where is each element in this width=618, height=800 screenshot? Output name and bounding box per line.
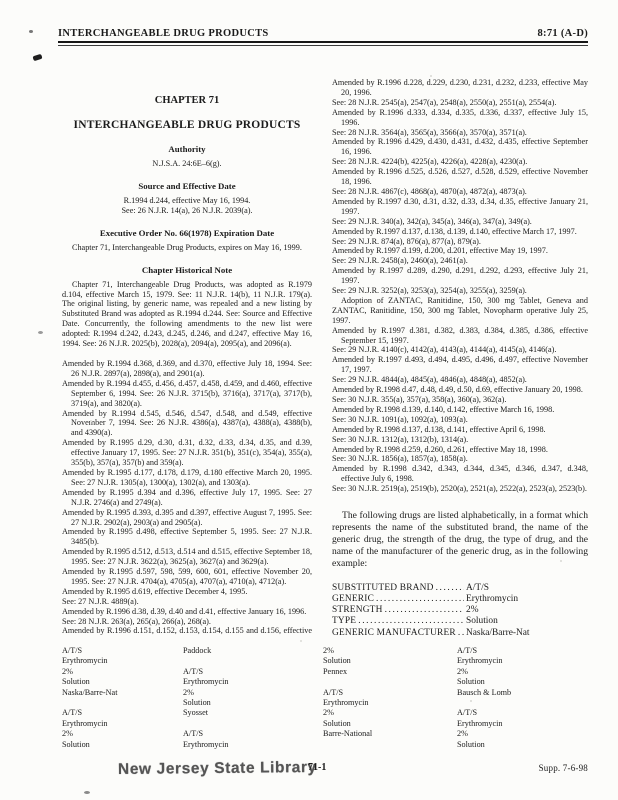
format-paragraph: The following drugs are listed alphabeti… bbox=[332, 510, 588, 570]
amendment-list-right-2: Amended by R.1997 d.381, d.382, d.383, d… bbox=[332, 326, 588, 494]
example-value: A/T/S bbox=[466, 583, 588, 594]
drug-line: A/T/S bbox=[62, 646, 183, 656]
amendment-entry: Amended by R.1996 d.228, d.229, d.230, d… bbox=[332, 78, 588, 98]
drug-line: Solution bbox=[457, 740, 588, 750]
page-footer: New Jersey State Library 71-1 Supp. 7-6-… bbox=[58, 758, 588, 800]
source-line: See: 26 N.J.R. 14(a), 26 N.J.R. 2039(a). bbox=[62, 206, 312, 216]
amendment-entry: Amended by R.1998 d.259, d.260, d.261, e… bbox=[332, 445, 588, 455]
amendment-entry: See: 28 N.J.R. 263(a), 265(a), 266(a), 2… bbox=[62, 617, 312, 627]
body-columns: CHAPTER 71 INTERCHANGEABLE DRUG PRODUCTS… bbox=[62, 78, 588, 636]
drug-line: Barre-National bbox=[323, 729, 457, 739]
example-label: STRENGTH bbox=[332, 605, 383, 616]
amendment-entry: Amended by R.1995 d.393, d.395 and d.397… bbox=[62, 508, 312, 528]
drug-line: 2% bbox=[62, 729, 183, 739]
adoption-note: Adoption of ZANTAC, Ranitidine, 150, 300… bbox=[332, 296, 588, 326]
drug-column-1: A/T/SErythromycin2%SolutionNaska/Barre-N… bbox=[62, 646, 183, 750]
amendment-entry: Amended by R.1996 d.429, d.430, d.431, d… bbox=[332, 137, 588, 157]
expiration-text: Chapter 71, Interchangeable Drug Product… bbox=[62, 243, 312, 253]
drug-column-2: PaddockA/T/SErythromycin2%SolutionSyosse… bbox=[183, 646, 323, 750]
drug-line: A/T/S bbox=[183, 667, 323, 677]
amendment-entry: See: 28 N.J.R. 2545(a), 2547(a), 2548(a)… bbox=[332, 98, 588, 108]
document-page: INTERCHANGEABLE DRUG PRODUCTS 8:71 (A-D)… bbox=[0, 0, 618, 800]
amendment-entry: Amended by R.1996 d.525, d.526, d.527, d… bbox=[332, 167, 588, 187]
amendment-entry: Amended by R.1997 d.381, d.382, d.383, d… bbox=[332, 326, 588, 346]
page-number: 71-1 bbox=[308, 762, 326, 773]
drug-line: Erythromycin bbox=[62, 656, 183, 666]
drug-column-4: A/T/SErythromycin2%SolutionBausch & Lomb… bbox=[457, 646, 588, 750]
amendment-entry: Amended by R.1998 d.47, d.48, d.49, d.50… bbox=[332, 385, 588, 395]
drug-line: A/T/S bbox=[457, 646, 588, 656]
column-left: CHAPTER 71 INTERCHANGEABLE DRUG PRODUCTS… bbox=[62, 78, 312, 636]
library-stamp: New Jersey State Library bbox=[118, 759, 317, 779]
amendment-list-right-1: Amended by R.1996 d.228, d.229, d.230, d… bbox=[332, 78, 588, 296]
amendment-entry: See: 30 N.J.R. 1312(a), 1312(b), 1314(a)… bbox=[332, 435, 588, 445]
drug-line bbox=[323, 677, 457, 687]
amendment-entry: Amended by R.1994 d.368, d.369, and d.37… bbox=[62, 359, 312, 379]
drug-line: Erythromycin bbox=[62, 719, 183, 729]
drug-line: Erythromycin bbox=[323, 698, 457, 708]
example-dot-leader bbox=[436, 583, 464, 594]
amendment-entry: See: 30 N.J.R. 355(a), 357(a), 358(a), 3… bbox=[332, 395, 588, 405]
amendment-entry: Amended by R.1998 d.139, d.140, d.142, e… bbox=[332, 405, 588, 415]
amendment-entry: Amended by R.1994 d.455, d.456, d.457, d… bbox=[62, 379, 312, 409]
format-example: SUBSTITUTED BRAND A/T/S GENERIC Erythrom… bbox=[332, 583, 588, 636]
drug-line: Syosset bbox=[183, 708, 323, 718]
amendment-entry: See: 29 N.J.R. 4140(c), 4142(a), 4143(a)… bbox=[332, 345, 588, 355]
example-row: STRENGTH 2% bbox=[332, 605, 588, 616]
amendment-entry: Amended by R.1995 d.597, 598, 599, 600, … bbox=[62, 567, 312, 587]
drug-line: Erythromycin bbox=[457, 719, 588, 729]
drug-line: Erythromycin bbox=[183, 740, 323, 750]
drug-line: Solution bbox=[62, 677, 183, 687]
drug-line: Solution bbox=[457, 677, 588, 687]
amendment-entry: See: 28 N.J.R. 3564(a), 3565(a), 3566(a)… bbox=[332, 128, 588, 138]
amendment-entry: Amended by R.1998 d.342, d.343, d.344, d… bbox=[332, 464, 588, 484]
scan-artifact bbox=[32, 54, 42, 62]
amendment-list-left: Amended by R.1994 d.368, d.369, and d.37… bbox=[62, 359, 312, 636]
amendment-entry: See: 29 N.J.R. 340(a), 342(a), 345(a), 3… bbox=[332, 217, 588, 227]
drug-line: 2% bbox=[183, 688, 323, 698]
header-section-code: 8:71 (A-D) bbox=[537, 28, 588, 39]
amendment-entry: See: 30 N.J.R. 1856(a), 1857(a), 1858(a)… bbox=[332, 454, 588, 464]
source-heading: Source and Effective Date bbox=[62, 182, 312, 192]
drug-line: Solution bbox=[62, 740, 183, 750]
amendment-entry: See: 28 N.J.R. 4224(b), 4225(a), 4226(a)… bbox=[332, 157, 588, 167]
example-label: GENERIC MANUFACTURER bbox=[332, 628, 456, 636]
authority-text: N.J.S.A. 24:6E–6(g). bbox=[62, 159, 312, 169]
scan-artifact bbox=[29, 30, 33, 33]
drug-line: Erythromycin bbox=[457, 656, 588, 666]
amendment-entry: Amended by R.1996 d.151, d.152, d.153, d… bbox=[62, 626, 312, 636]
header-title: INTERCHANGEABLE DRUG PRODUCTS bbox=[58, 28, 269, 39]
amendment-entry: Amended by R.1995 d.619, effective Decem… bbox=[62, 587, 312, 597]
amendment-entry: Amended by R.1996 d.333, d.334, d.335, d… bbox=[332, 108, 588, 128]
drug-line: 2% bbox=[457, 729, 588, 739]
example-row: GENERIC Erythromycin bbox=[332, 594, 588, 605]
amendment-entry: See: 29 N.J.R. 874(a), 876(a), 877(a), 8… bbox=[332, 237, 588, 247]
amendment-entry: See: 30 N.J.R. 1091(a), 1092(a), 1093(a)… bbox=[332, 415, 588, 425]
amendment-entry: Amended by R.1995 d.394 and d.396, effec… bbox=[62, 488, 312, 508]
scan-artifact bbox=[38, 331, 43, 334]
authority-heading: Authority bbox=[62, 145, 312, 155]
chapter-number: CHAPTER 71 bbox=[62, 96, 312, 106]
example-label: TYPE bbox=[332, 616, 356, 627]
source-lines: R.1994 d.244, effective May 16, 1994.See… bbox=[62, 196, 312, 216]
example-label: GENERIC bbox=[332, 594, 374, 605]
drug-line bbox=[62, 698, 183, 708]
amendment-entry: Amended by R.1995 d.29, d.30, d.31, d.32… bbox=[62, 438, 312, 468]
drug-line: 2% bbox=[323, 708, 457, 718]
chapter-title: INTERCHANGEABLE DRUG PRODUCTS bbox=[62, 121, 312, 131]
example-dot-leader bbox=[458, 628, 464, 636]
example-value: Solution bbox=[466, 616, 588, 627]
example-row: GENERIC MANUFACTURER Naska/Barre-Nat bbox=[332, 628, 588, 636]
page-header: INTERCHANGEABLE DRUG PRODUCTS 8:71 (A-D) bbox=[58, 28, 588, 39]
drug-line: 2% bbox=[323, 646, 457, 656]
example-dot-leader bbox=[376, 594, 464, 605]
amendment-entry: Amended by R.1994 d.545, d.546, d.547, d… bbox=[62, 409, 312, 439]
example-dot-leader bbox=[385, 605, 464, 616]
expiration-heading: Executive Order No. 66(1978) Expiration … bbox=[62, 229, 312, 239]
amendment-entry: See: 29 N.J.R. 3252(a), 3253(a), 3254(a)… bbox=[332, 286, 588, 296]
example-label: SUBSTITUTED BRAND bbox=[332, 583, 434, 594]
example-value: Naska/Barre-Nat bbox=[466, 628, 588, 636]
amendment-entry: See: 27 N.J.R. 4889(a). bbox=[62, 597, 312, 607]
drug-line: Bausch & Lomb bbox=[457, 688, 588, 698]
drug-listing: A/T/SErythromycin2%SolutionNaska/Barre-N… bbox=[62, 646, 588, 750]
drug-line: A/T/S bbox=[457, 708, 588, 718]
example-row: TYPE Solution bbox=[332, 616, 588, 627]
drug-column-3: 2%SolutionPennexA/T/SErythromycin2%Solut… bbox=[323, 646, 457, 750]
amendment-entry: Amended by R.1995 d.498, effective Septe… bbox=[62, 527, 312, 547]
drug-line: A/T/S bbox=[323, 688, 457, 698]
amendment-entry: See: 29 N.J.R. 4844(a), 4845(a), 4846(a)… bbox=[332, 375, 588, 385]
drug-line: Solution bbox=[323, 719, 457, 729]
drug-line: A/T/S bbox=[62, 708, 183, 718]
drug-line: Solution bbox=[323, 656, 457, 666]
drug-line: Solution bbox=[183, 698, 323, 708]
drug-line bbox=[183, 656, 323, 666]
drug-line: Erythromycin bbox=[183, 677, 323, 687]
scan-speckle-texture bbox=[0, 0, 2, 2]
supplement-date: Supp. 7-6-98 bbox=[539, 763, 588, 773]
example-value: 2% bbox=[466, 605, 588, 616]
historical-note-paragraph: Chapter 71, Interchangeable Drug Product… bbox=[62, 280, 312, 349]
amendment-entry: Amended by R.1996 d.38, d.39, d.40 and d… bbox=[62, 607, 312, 617]
historical-note-heading: Chapter Historical Note bbox=[62, 266, 312, 276]
drug-line: 2% bbox=[457, 667, 588, 677]
drug-line: Pennex bbox=[323, 667, 457, 677]
amendment-entry: See: 28 N.J.R. 4867(c), 4868(a), 4870(a)… bbox=[332, 187, 588, 197]
drug-line bbox=[457, 698, 588, 708]
amendment-entry: Amended by R.1997 d.199, d.200, d.201, e… bbox=[332, 246, 588, 256]
example-dot-leader bbox=[358, 616, 464, 627]
amendment-entry: Amended by R.1997 d.493, d.494, d.495, d… bbox=[332, 355, 588, 375]
example-row: SUBSTITUTED BRAND A/T/S bbox=[332, 583, 588, 594]
column-right: Amended by R.1996 d.228, d.229, d.230, d… bbox=[332, 78, 588, 636]
source-line: R.1994 d.244, effective May 16, 1994. bbox=[62, 196, 312, 206]
drug-line bbox=[183, 719, 323, 729]
amendment-entry: Amended by R.1997 d.137, d.138, d.139, d… bbox=[332, 227, 588, 237]
amendment-entry: Amended by R.1997 d.289, d.290, d.291, d… bbox=[332, 266, 588, 286]
drug-line: A/T/S bbox=[183, 729, 323, 739]
drug-line: 2% bbox=[62, 667, 183, 677]
amendment-entry: Amended by R.1995 d.177, d.178, d.179, d… bbox=[62, 468, 312, 488]
amendment-entry: See: 29 N.J.R. 2458(a), 2460(a), 2461(a)… bbox=[332, 256, 588, 266]
amendment-entry: Amended by R.1997 d.30, d.31, d.32, d.33… bbox=[332, 197, 588, 217]
amendment-entry: Amended by R.1995 d.512, d.513, d.514 an… bbox=[62, 547, 312, 567]
drug-line: Paddock bbox=[183, 646, 323, 656]
example-value: Erythromycin bbox=[466, 594, 588, 605]
drug-line: Naska/Barre-Nat bbox=[62, 688, 183, 698]
amendment-entry: Amended by R.1998 d.137, d.138, d.141, e… bbox=[332, 425, 588, 435]
header-rule bbox=[58, 41, 588, 46]
amendment-entry: See: 30 N.J.R. 2519(a), 2519(b), 2520(a)… bbox=[332, 484, 588, 494]
